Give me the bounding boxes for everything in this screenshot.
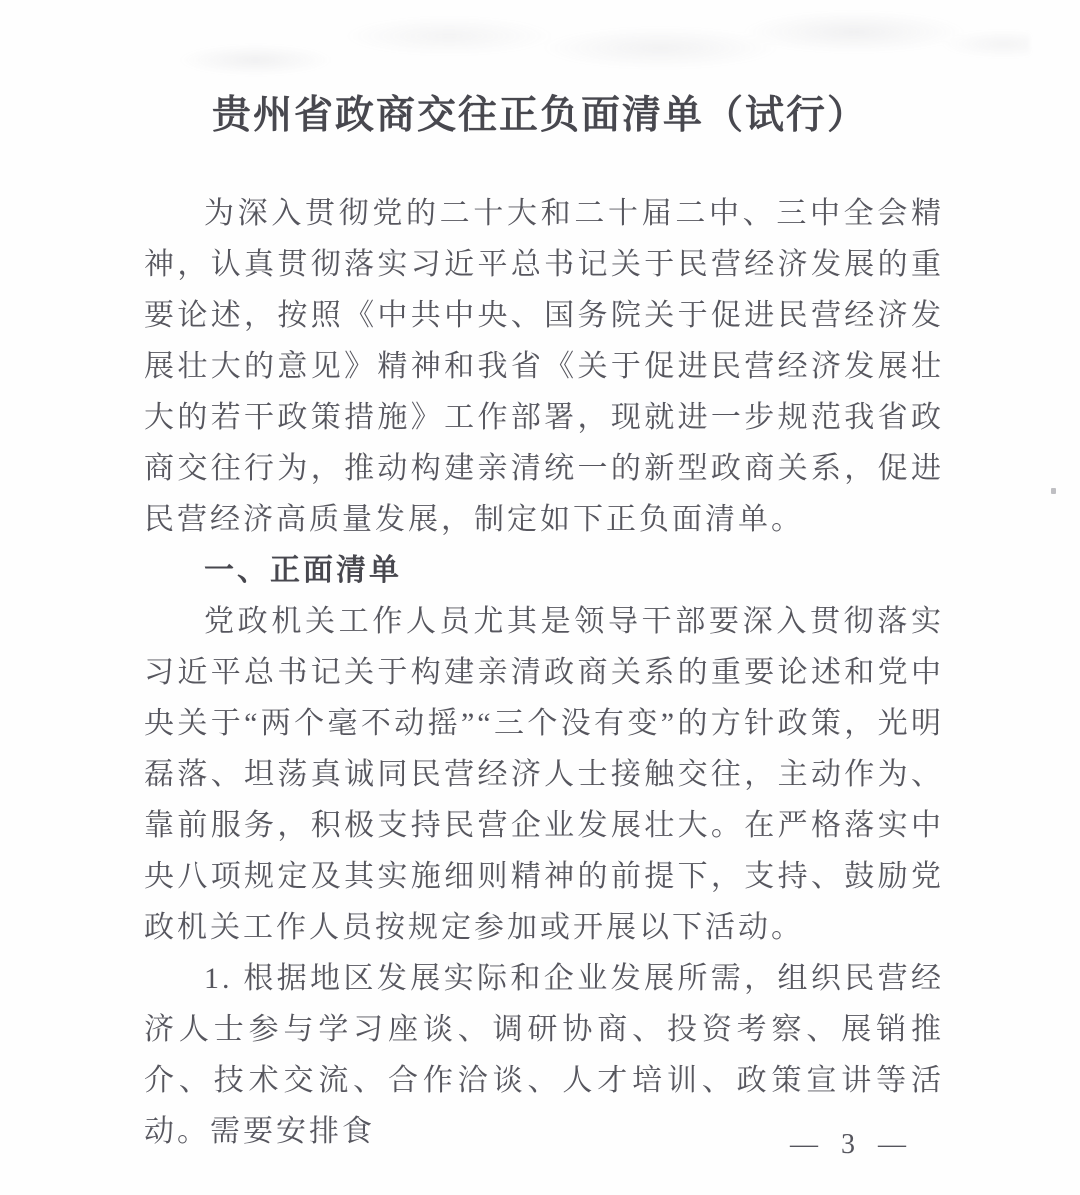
section-heading-positive-list: 一、正面清单: [144, 545, 944, 596]
list-item-1: 1. 根据地区发展实际和企业发展所需，组织民营经济人士参与学习座谈、调研协商、投…: [144, 953, 944, 1157]
intro-paragraph: 为深入贯彻党的二十大和二十届二中、三中全会精神，认真贯彻落实习近平总书记关于民营…: [144, 188, 944, 545]
scan-bleed-through-artifact: [150, 0, 1030, 80]
page-number: — 3 —: [790, 1129, 914, 1161]
section-body-paragraph: 党政机关工作人员尤其是领导干部要深入贯彻落实习近平总书记关于构建亲清政商关系的重…: [144, 596, 944, 953]
document-body: 为深入贯彻党的二十大和二十届二中、三中全会精神，认真贯彻落实习近平总书记关于民营…: [0, 140, 1080, 1157]
scan-speck-artifact: [1051, 488, 1056, 494]
document-page: 贵州省政商交往正负面清单（试行） 为深入贯彻党的二十大和二十届二中、三中全会精神…: [0, 0, 1080, 1195]
